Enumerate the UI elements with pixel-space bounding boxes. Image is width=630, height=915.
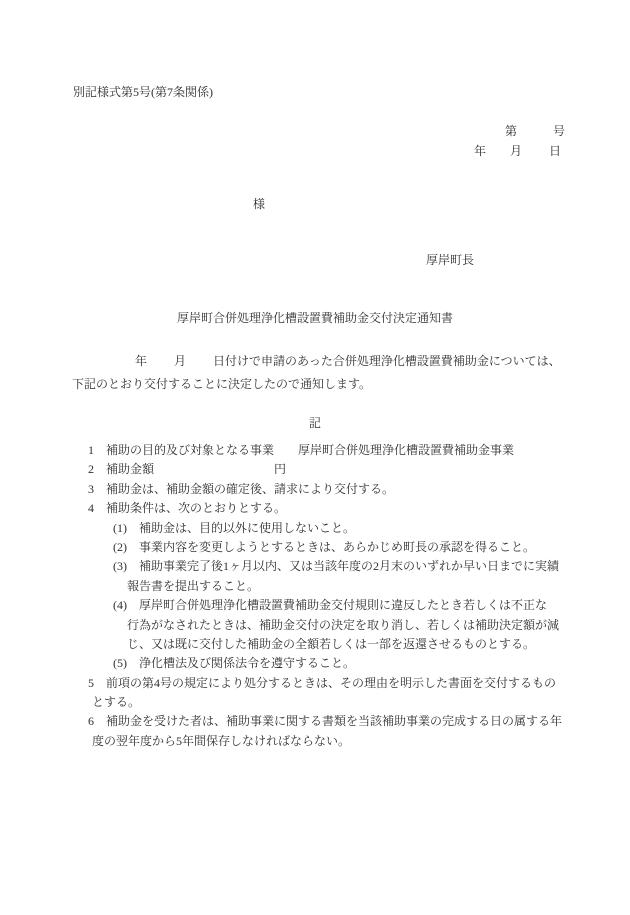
addressee-honorific: 様 [253,197,265,212]
list-item-11-line-1: 6 補助金を受けた者は、補助事業に関する書類を当該補助事業の完成する日の属する年 [0,712,630,731]
ki-heading: 記 [0,416,630,431]
list-item-5-line-1: (1) 補助金は、目的以外に使用しないこと。 [0,519,630,538]
list-item-10-line-2: とする。 [0,693,630,712]
list-item-1-line-1: 1 補助の目的及び対象となる事業 厚岸町合併処理浄化槽設置費補助金事業 [0,441,630,460]
date-blank-line: 年 月 日 [474,144,561,159]
list-item-9-line-1: (5) 浄化槽法及び関係法令を遵守すること。 [0,654,630,673]
document-title: 厚岸町合併処理浄化槽設置費補助金交付決定通知書 [0,311,630,326]
list-item-4-line-1: 4 補助条件は、次のとおりとする。 [0,499,630,518]
list-item-7-line-1: (3) 補助事業完了後1ヶ月以内、又は当該年度の2月末のいずれか早い日までに実績 [0,557,630,576]
sender-mayor-name: 厚岸町長 [426,253,474,268]
list-item-10-line-1: 5 前項の第4号の規定により処分するときは、その理由を明示した書面を交付するもの [0,674,630,693]
form-style-number: 別記様式第5号(第7条関係) [73,85,213,100]
list-item-3-line-1: 3 補助金は、補助金額の確定後、請求により交付する。 [0,480,630,499]
body-text-line: 年 月 日付けで申請のあった合併処理浄化槽設置費補助金については、 [72,350,561,373]
list-item-6-line-1: (2) 事業内容を変更しようとするときは、あらかじめ町長の承認を得ること。 [0,538,630,557]
document-number-blank-line: 第 号 [505,124,565,139]
list-item-7-line-2: 報告書を提出すること。 [0,577,630,596]
conditions-list: 1 補助の目的及び対象となる事業 厚岸町合併処理浄化槽設置費補助金事業2 補助金… [0,441,630,751]
list-item-8-line-3: じ、又は既に交付した補助金の全額若しくは一部を返還させるものとする。 [0,635,630,654]
document-page: 別記様式第5号(第7条関係) 第 号 年 月 日 様 厚岸町長 厚岸町合併処理浄… [0,0,630,915]
list-item-11-line-2: 度の翌年度から5年間保存しなければならない。 [0,732,630,751]
list-item-2-line-1: 2 補助金額 円 [0,460,630,479]
list-item-8-line-2: 行為がなされたときは、補助金交付の決定を取り消し、若しくは補助決定額が減 [0,616,630,635]
list-item-8-line-1: (4) 厚岸町合併処理浄化槽設置費補助金交付規則に違反したとき若しくは不正な [0,596,630,615]
body-paragraph: 年 月 日付けで申請のあった合併処理浄化槽設置費補助金については、下記のとおり交… [72,350,561,396]
body-text-line: 下記のとおり交付することに決定したので通知します。 [72,373,561,396]
